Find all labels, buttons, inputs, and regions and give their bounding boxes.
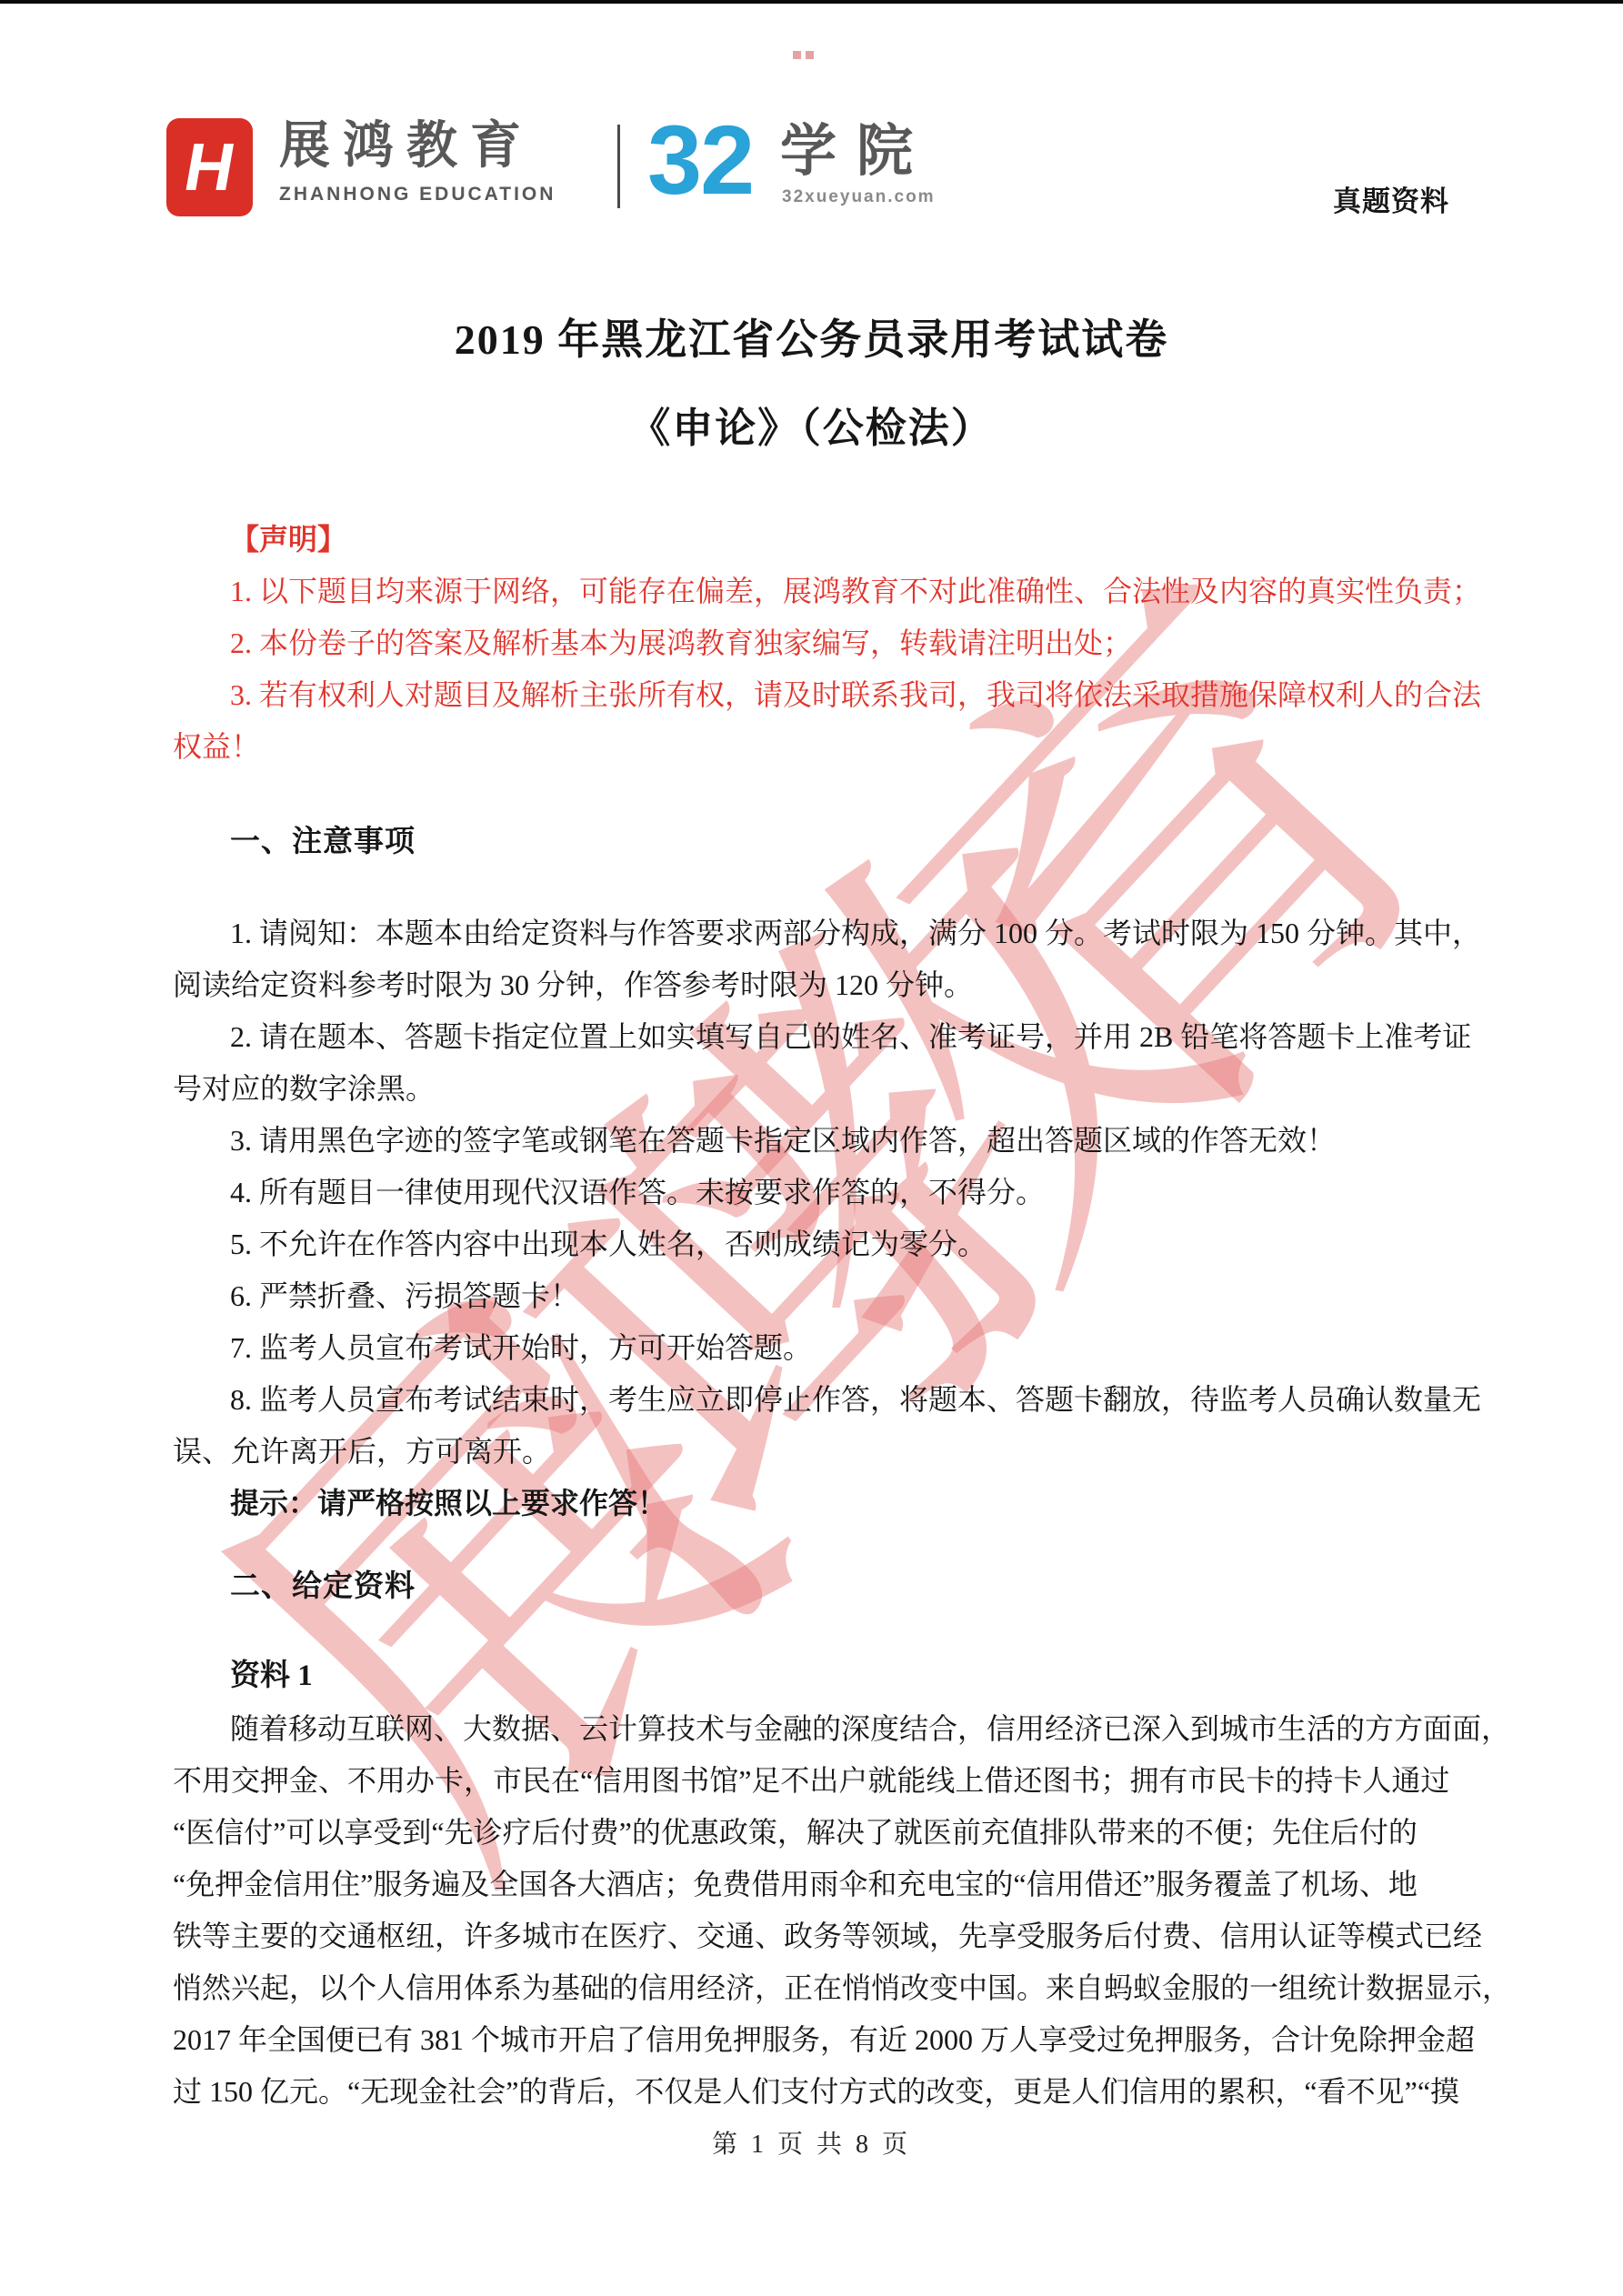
declaration-line: 1. 以下题目均来源于网络，可能存在偏差，展鸿教育不对此准确性、合法性及内容的真… — [173, 566, 1482, 617]
declaration-heading: 【声明】 — [230, 514, 346, 566]
notice-line: 提示：请严格按照以上要求作答！ — [173, 1478, 1482, 1529]
material-lines: 随着移动互联网、大数据、云计算技术与金融的深度结合，信用经济已深入到城市生活的方… — [173, 1703, 1482, 2118]
section-heading-notice: 一、注意事项 — [230, 815, 416, 867]
notice-line: 3. 请用黑色字迹的签字笔或钢笔在答题卡指定区域内作答，超出答题区域的作答无效！ — [173, 1115, 1482, 1167]
doc-type-tag: 真题资料 — [1333, 185, 1449, 218]
material-line: 过 150 亿元。“无现金社会”的背后，不仅是人们支付方式的改变，更是人们信用的… — [173, 2066, 1482, 2118]
brand2-name-cn: 学院 — [780, 124, 933, 180]
section-heading-material: 二、给定资料 — [230, 1559, 416, 1611]
notice-line: 1. 请阅知：本题本由给定资料与作答要求两部分构成，满分 100 分。考试时限为… — [173, 907, 1482, 959]
material-line: “免押金信用住”服务遍及全国各大酒店；免费借用雨伞和充电宝的“信用借还”服务覆盖… — [173, 1859, 1482, 1910]
page-number: 第 1 页 共 8 页 — [0, 2124, 1623, 2161]
notice-line: 8. 监考人员宣布考试结束时，考生应立即停止作答，将题本、答题卡翻放，待监考人员… — [173, 1374, 1482, 1426]
material-line: 随着移动互联网、大数据、云计算技术与金融的深度结合，信用经济已深入到城市生活的方… — [173, 1703, 1482, 1755]
declaration-line: 权益！ — [173, 721, 1482, 773]
zhanhong-logo-icon: H — [166, 118, 253, 216]
brand-name-cn: 展鸿教育 — [279, 120, 534, 171]
brand2-number: 32 — [647, 111, 753, 209]
material-line: 悄然兴起，以个人信用体系为基础的信用经济，正在悄悄改变中国。来自蚂蚁金服的一组统… — [173, 1962, 1482, 2014]
notice-lines: 1. 请阅知：本题本由给定资料与作答要求两部分构成，满分 100 分。考试时限为… — [173, 907, 1482, 1529]
declaration-line: 3. 若有权利人对题目及解析主张所有权，请及时联系我司，我司将依法采取措施保障权… — [173, 669, 1482, 721]
material-line: 2017 年全国便已有 381 个城市开启了信用免押服务，有近 2000 万人享… — [173, 2014, 1482, 2066]
material-line: 铁等主要的交通枢纽，许多城市在医疗、交通、政务等领域，先享受服务后付费、信用认证… — [173, 1910, 1482, 1962]
notice-line: 4. 所有题目一律使用现代汉语作答。未按要求作答的，不得分。 — [173, 1167, 1482, 1218]
notice-line: 误、允许离开后，方可离开。 — [173, 1426, 1482, 1478]
brand2-website: 32xueyuan.com — [782, 188, 936, 206]
brand-name-en: ZHANHONG EDUCATION — [279, 185, 556, 204]
page-content: H 展鸿教育 ZHANHONG EDUCATION 32 学院 32xueyua… — [0, 0, 1623, 2296]
exam-title: 2019 年黑龙江省公务员录用考试试卷 — [0, 315, 1623, 366]
declaration-line: 2. 本份卷子的答案及解析基本为展鸿教育独家编写，转载请注明出处； — [173, 617, 1482, 669]
declaration-lines: 1. 以下题目均来源于网络，可能存在偏差，展鸿教育不对此准确性、合法性及内容的真… — [173, 566, 1482, 773]
exam-paper-page: 展鸿教育 H 展鸿教育 ZHANHONG EDUCATION 32 学院 32x… — [0, 0, 1623, 2296]
material-1-heading: 资料 1 — [230, 1650, 313, 1702]
notice-line: 5. 不允许在作答内容中出现本人姓名，否则成绩记为零分。 — [173, 1218, 1482, 1270]
exam-subtitle: 《申论》（公检法） — [0, 403, 1623, 454]
notice-line: 阅读给定资料参考时限为 30 分钟，作答参考时限为 120 分钟。 — [173, 959, 1482, 1011]
logo-letter: H — [179, 134, 240, 201]
notice-line: 7. 监考人员宣布考试开始时，方可开始答题。 — [173, 1322, 1482, 1374]
material-line: “医信付”可以享受到“先诊疗后付费”的优惠政策，解决了就医前充值排队带来的不便；… — [173, 1807, 1482, 1859]
notice-line: 号对应的数字涂黑。 — [173, 1063, 1482, 1115]
notice-line: 2. 请在题本、答题卡指定位置上如实填写自己的姓名、准考证号，并用 2B 铅笔将… — [173, 1011, 1482, 1063]
logo-divider — [617, 125, 620, 208]
notice-line: 6. 严禁折叠、污损答题卡！ — [173, 1270, 1482, 1322]
material-line: 不用交押金、不用办卡，市民在“信用图书馆”足不出户就能线上借还图书；拥有市民卡的… — [173, 1755, 1482, 1807]
